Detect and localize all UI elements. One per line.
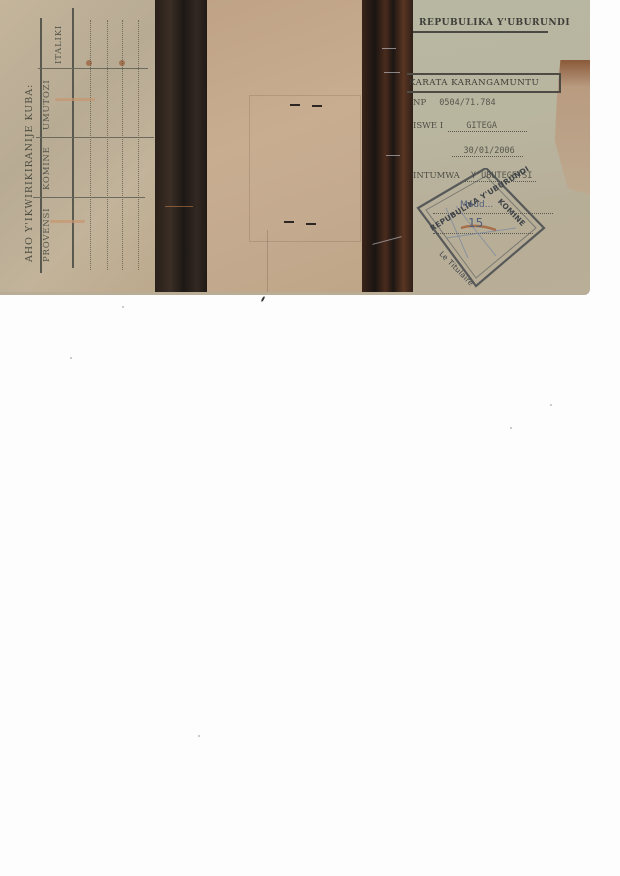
tape-highlight	[386, 155, 400, 156]
column-umutozi: UMUTOZI	[42, 79, 52, 130]
table-column-line	[138, 20, 139, 270]
tear-mark	[50, 220, 85, 223]
rust-stain	[86, 60, 92, 66]
field-number: NP 0504/71.784	[413, 98, 500, 108]
id-details-panel: REPUBULIKA Y'UBURUNDI KARATA KARANGAMUNT…	[413, 0, 590, 295]
staple-mark	[312, 105, 322, 107]
scan-dust	[70, 357, 72, 359]
tear-mark	[55, 98, 95, 101]
table-column-line	[90, 20, 91, 270]
field-value: GITEGA	[448, 121, 527, 132]
table-row-line	[33, 197, 145, 198]
scan-dust	[122, 306, 124, 308]
paper-crease	[267, 230, 268, 292]
staple-mark	[290, 104, 300, 106]
field-place: ISWE I GITEGA	[413, 121, 527, 132]
field-date: ITALIKI 30/01/2006	[413, 146, 523, 157]
country-header: REPUBULIKA Y'UBURUNDI	[419, 18, 570, 28]
staple-mark	[284, 221, 294, 223]
card-title: KARATA KARANGAMUNTU	[407, 73, 561, 93]
tape-highlight	[165, 206, 193, 207]
scan-dust	[550, 404, 552, 406]
field-label: ISWE I	[413, 121, 443, 131]
binding-tape-left	[155, 0, 207, 292]
column-commune: KOMINE	[42, 146, 52, 190]
field-value: 0504/71.784	[431, 98, 499, 108]
table-column-line	[122, 20, 123, 270]
staple-mark	[306, 223, 316, 225]
field-value: 30/01/2006	[452, 146, 523, 157]
scan-dust	[261, 296, 266, 302]
tape-highlight	[382, 48, 396, 49]
table-border	[72, 8, 74, 268]
official-stamp: REPUBULIKA Y'UBURUNDI KOMINE Le Titulair…	[416, 168, 546, 288]
scan-dust	[198, 735, 200, 737]
column-province: PROVENSI	[42, 208, 52, 262]
handwritten-signature: Maud...	[460, 200, 493, 210]
residence-table-panel: AHO Y'IKWIRIKIRANIJE KUBA: PROVENSI KOMI…	[0, 0, 160, 292]
column-date: ITALIKI	[54, 25, 64, 64]
binding-tape-right	[362, 0, 414, 292]
table-column-line	[107, 20, 108, 270]
rust-stain	[119, 60, 125, 66]
tape-highlight	[372, 236, 401, 245]
table-row-line	[36, 137, 154, 138]
blank-page-panel	[207, 0, 364, 292]
residence-table-title: AHO Y'IKWIRIKIRANIJE KUBA:	[24, 84, 35, 262]
page-impression	[249, 95, 361, 242]
scan-dust	[510, 427, 512, 429]
tape-highlight	[384, 72, 400, 73]
header-rule	[413, 31, 548, 33]
field-label: NP	[413, 98, 426, 108]
table-row-line	[38, 68, 148, 69]
identity-card-scan: AHO Y'IKWIRIKIRANIJE KUBA: PROVENSI KOMI…	[0, 0, 590, 295]
handwritten-number: 15	[468, 216, 483, 230]
